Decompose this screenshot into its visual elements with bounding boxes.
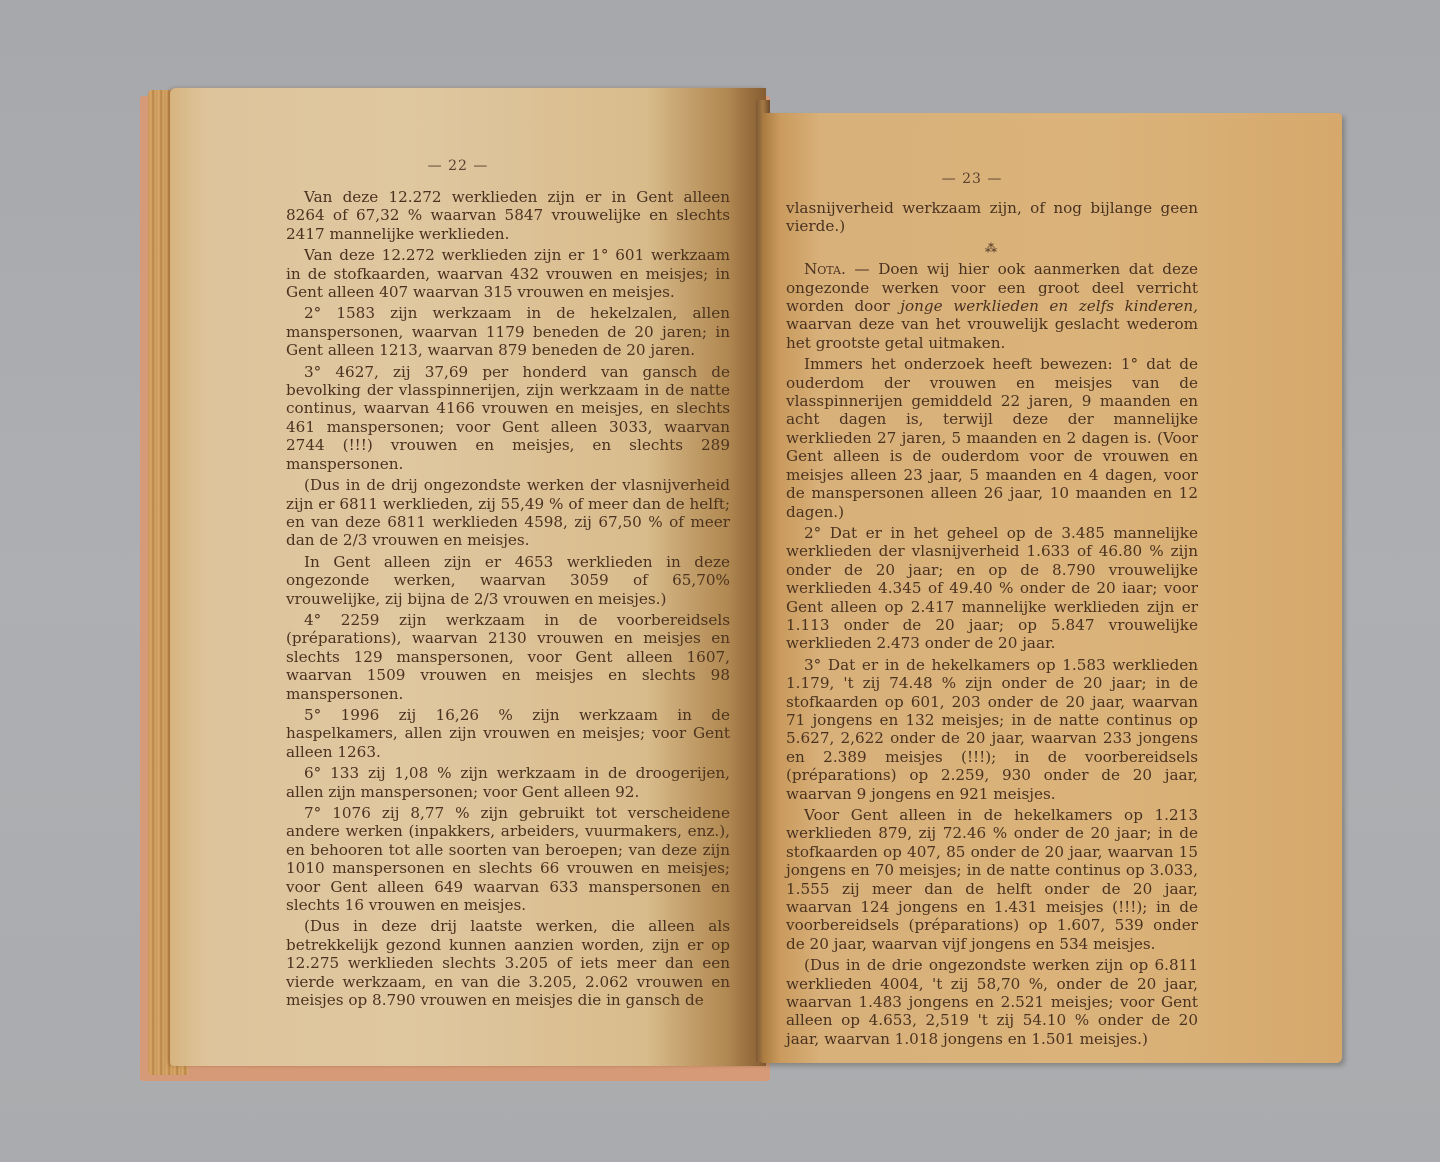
open-book: — 22 — Van deze 12.272 werklieden zijn e… [0, 0, 1440, 1162]
paragraph: 2° Dat er in het geheel op de 3.485 mann… [786, 524, 1198, 653]
right-page: — 23 — vlasnijverheid werkzaam zijn, of … [762, 113, 1342, 1063]
paragraph: (Dus in de drij ongezondste werken der v… [286, 476, 730, 550]
paragraph: 6° 133 zij 1,08 % zijn werkzaam in de dr… [286, 764, 730, 801]
paragraph: 5° 1996 zij 16,26 % zijn werkzaam in de … [286, 706, 730, 761]
paragraph: Van deze 12.272 werklieden zijn er 1° 60… [286, 246, 730, 301]
right-page-text: vlasnijverheid werkzaam zijn, of nog bij… [786, 199, 1198, 1048]
nota-paragraph: Nota. — Doen wij hier ook aanmerken dat … [786, 260, 1198, 352]
paragraph: Voor Gent alleen in de hekelkamers op 1.… [786, 806, 1198, 953]
continuation-paragraph: vlasnijverheid werkzaam zijn, of nog bij… [786, 199, 1198, 236]
paragraph: 7° 1076 zij 8,77 % zijn gebruikt tot ver… [286, 804, 730, 914]
page-number-right: — 23 — [682, 171, 1262, 187]
paragraph: 4° 2259 zijn werkzaam in de voorbereidse… [286, 611, 730, 703]
nota-text-end: waarvan deze van het vrouwelijk geslacht… [786, 315, 1198, 351]
nota-emphasis: jonge werklieden en zelfs kinderen, [900, 297, 1198, 315]
paragraph: 3° 4627, zij 37,69 per honderd van gansc… [286, 363, 730, 473]
asterism-separator: ⁂ [786, 239, 1198, 257]
paragraph: (Dus in deze drij laatste werken, die al… [286, 917, 730, 1009]
paragraph: 3° Dat er in de hekelkamers op 1.583 wer… [786, 656, 1198, 803]
paragraph: In Gent alleen zijn er 4653 werklieden i… [286, 553, 730, 608]
left-page-text: Van deze 12.272 werklieden zijn er in Ge… [286, 188, 730, 1009]
paragraph: (Dus in de drie ongezondste werken zijn … [786, 956, 1198, 1048]
page-number-left: — 22 — [160, 158, 756, 174]
left-page: — 22 — Van deze 12.272 werklieden zijn e… [170, 88, 766, 1066]
paragraph: Immers het onderzoek heeft bewezen: 1° d… [786, 355, 1198, 521]
nota-label: Nota. [804, 260, 846, 278]
paragraph: Van deze 12.272 werklieden zijn er in Ge… [286, 188, 730, 243]
paragraph: 2° 1583 zijn werkzaam in de hekelzalen, … [286, 304, 730, 359]
